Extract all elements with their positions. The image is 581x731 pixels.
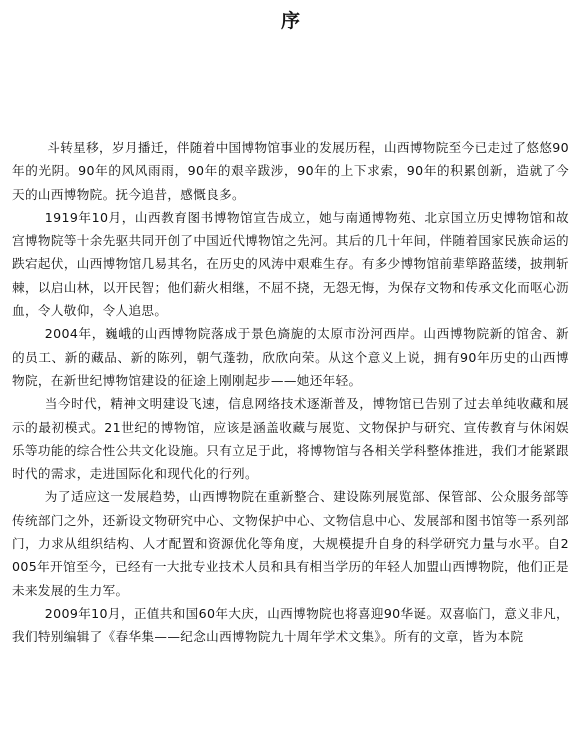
paragraph-3: 2004年，巍峨的山西博物院落成于景色旖旎的太原市汾河西岸。山西博物院新的馆舍、… <box>12 322 569 392</box>
paragraph-2: 1919年10月，山西教育图书博物馆宣告成立，她与南通博物苑、北京国立历史博物馆… <box>12 206 569 322</box>
paragraph-6: 2009年10月，正值共和国60年大庆，山西博物院也将喜迎90华诞。双喜临门，意… <box>12 602 569 649</box>
paragraph-1: 斗转星移，岁月播迁，伴随着中国博物馆事业的发展历程，山西博物院至今已走过了悠悠9… <box>12 136 569 206</box>
paragraph-4: 当今时代，精神文明建设飞速，信息网络技术逐渐普及，博物馆已告别了过去单纯收藏和展… <box>12 392 569 485</box>
preface-body: 斗转星移，岁月播迁，伴随着中国博物馆事业的发展历程，山西博物院至今已走过了悠悠9… <box>12 136 569 649</box>
page-title: 序 <box>0 8 581 34</box>
paragraph-5: 为了适应这一发展趋势，山西博物院在重新整合、建设陈列展览部、保管部、公众服务部等… <box>12 485 569 601</box>
